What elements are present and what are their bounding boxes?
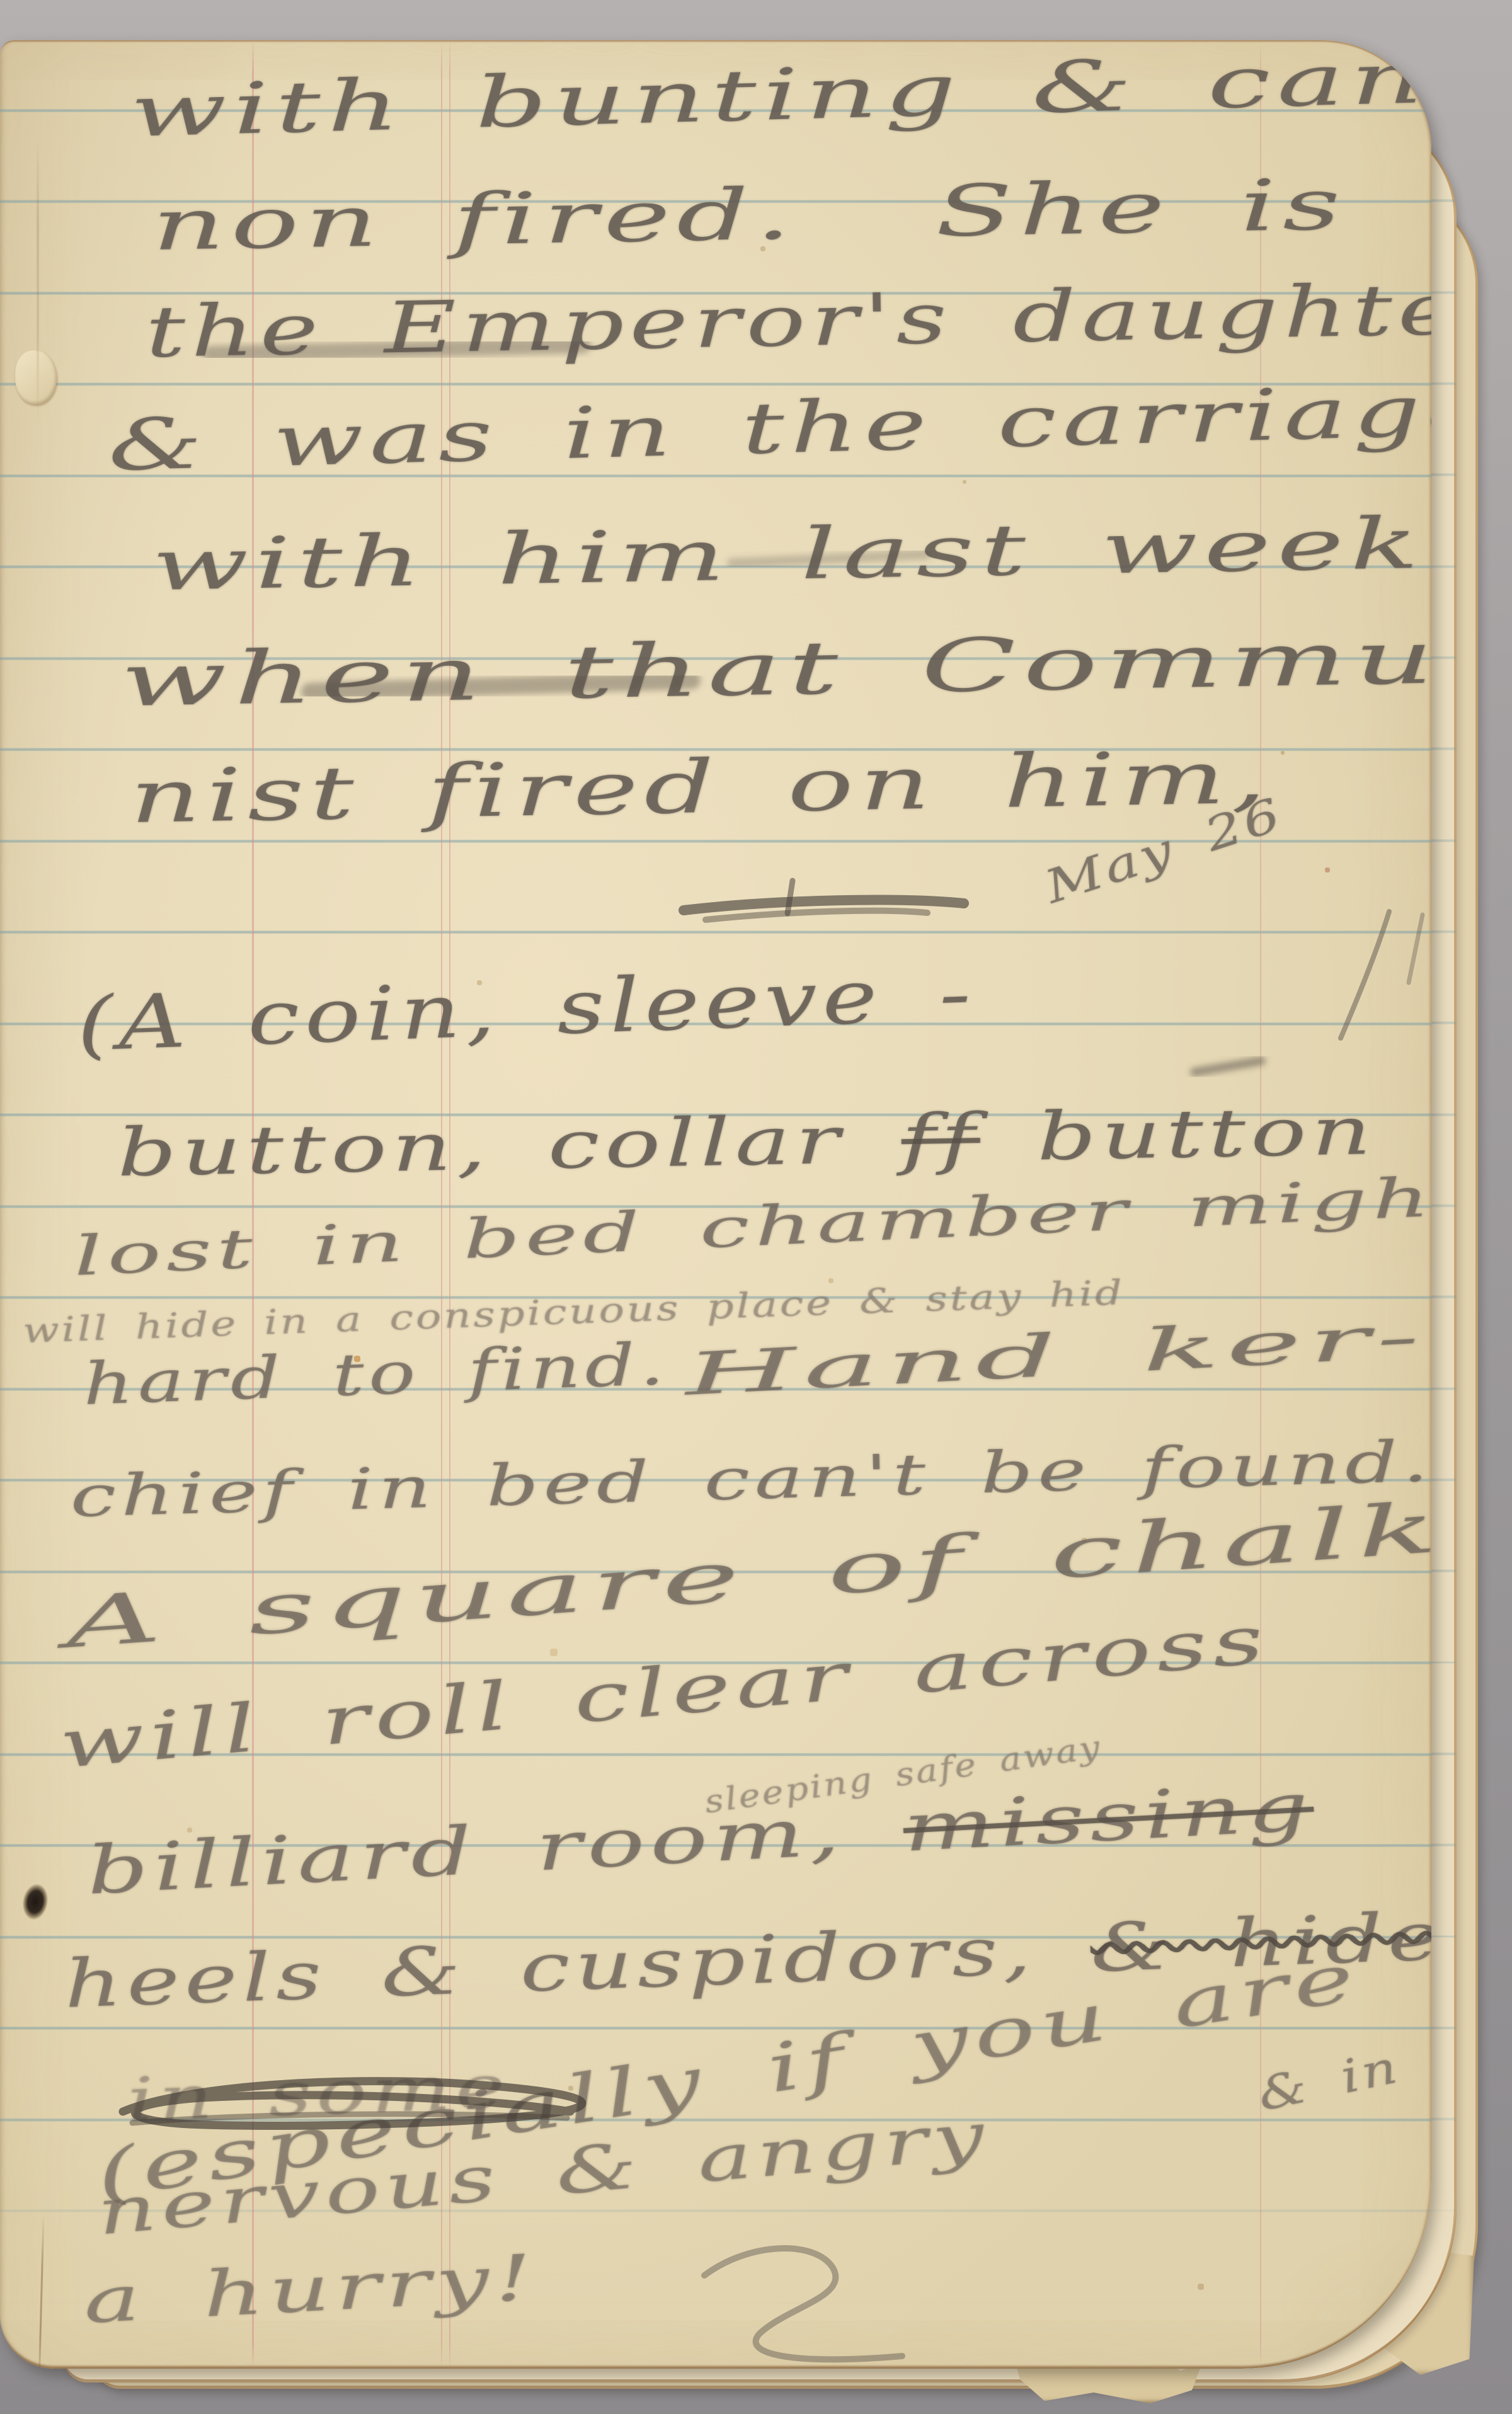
- red-margin-line: [449, 40, 450, 2369]
- paper-specks: [0, 40, 1, 42]
- handwriting-segment: button, collar: [117, 1101, 902, 1191]
- paper-crease: [37, 135, 39, 425]
- handwriting-line: nist fired on him,: [129, 739, 1273, 835]
- struck-text: ff: [901, 1099, 981, 1177]
- red-margin-line: [441, 40, 442, 2369]
- red-margin-line: [252, 40, 254, 2369]
- handwriting-segment: button: [980, 1092, 1377, 1176]
- scanned-notebook-photo: with bunting & can- non fired. She is th…: [0, 0, 1512, 2414]
- notebook-page: with bunting & can- non fired. She is th…: [0, 40, 1431, 2369]
- paper-chip-defect: [15, 350, 57, 404]
